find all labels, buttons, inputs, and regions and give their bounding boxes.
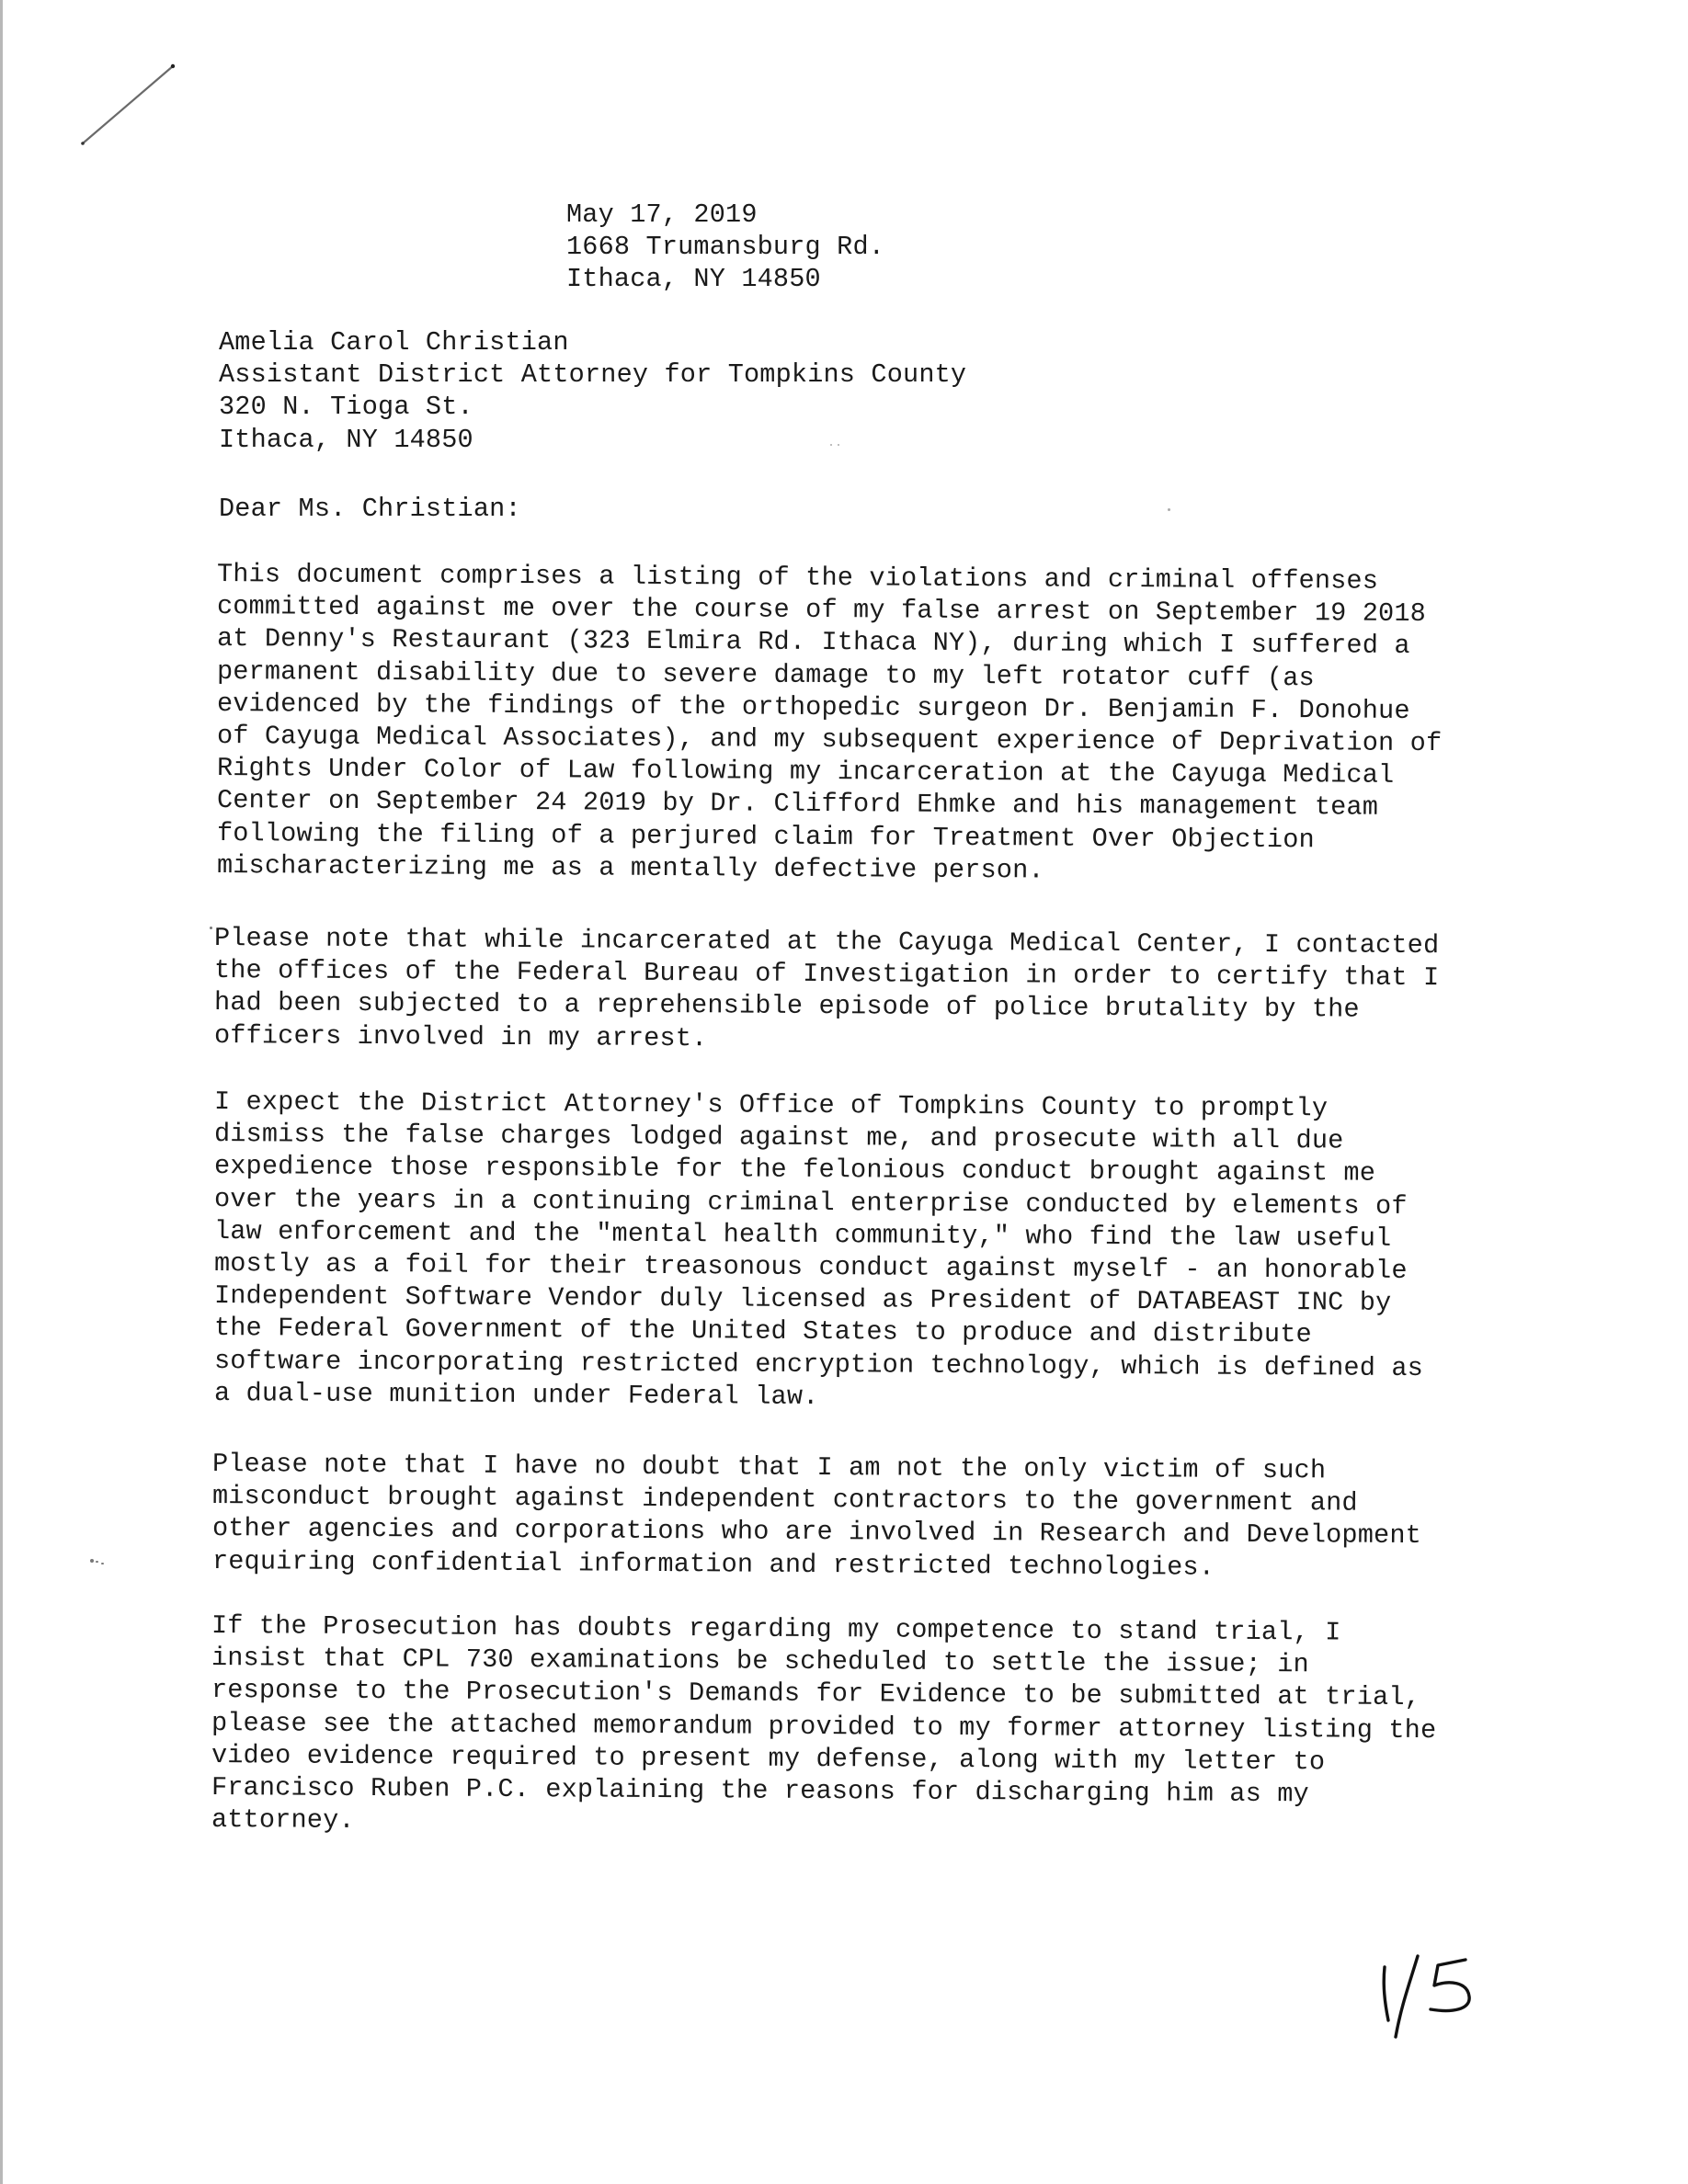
scan-speck — [1168, 508, 1170, 511]
sender-city: Ithaca, NY 14850 — [566, 263, 884, 295]
recipient-city: Ithaca, NY 14850 — [219, 424, 966, 456]
paragraph-line: attorney. — [211, 1803, 1437, 1843]
scan-edge — [0, 0, 3, 2184]
paragraph-line: mischaracterizing me as a mentally defec… — [217, 849, 1443, 889]
sender-street: 1668 Trumansburg Rd. — [566, 231, 884, 263]
scan-speck — [96, 1561, 98, 1563]
recipient-title: Assistant District Attorney for Tompkins… — [219, 358, 966, 391]
scan-speck — [90, 1559, 94, 1563]
recipient-address-block: Amelia Carol Christian Assistant Distric… — [219, 326, 966, 456]
paragraph-line: a dual-use munition under Federal law. — [214, 1377, 1423, 1416]
scan-speck — [838, 444, 839, 446]
paragraph-5: If the Prosecution has doubts regarding … — [211, 1610, 1436, 1836]
salutation-text: Dear Ms. Christian: — [219, 493, 521, 525]
sender-date: May 17, 2019 — [566, 199, 884, 231]
paragraph-line: requiring confidential information and r… — [212, 1545, 1421, 1585]
paragraph-1: This document comprises a listing of the… — [217, 558, 1442, 882]
paragraph-3: I expect the District Attorney's Office … — [214, 1086, 1423, 1409]
recipient-name: Amelia Carol Christian — [219, 326, 966, 358]
scan-speck — [210, 927, 212, 929]
scanned-letter-page: May 17, 2019 1668 Trumansburg Rd. Ithaca… — [0, 0, 1688, 2184]
recipient-street: 320 N. Tioga St. — [219, 391, 966, 423]
scan-speck — [830, 444, 832, 446]
handwritten-page-number: 1/5 — [1370, 1949, 1489, 2041]
scan-speck — [101, 1563, 104, 1564]
salutation: Dear Ms. Christian: — [219, 493, 521, 525]
paragraph-line: officers involved in my arrest. — [214, 1019, 1440, 1059]
paragraph-2: Please note that while incarcerated at t… — [214, 922, 1439, 1052]
pen-stroke-mark — [77, 59, 178, 151]
paragraph-4: Please note that I have no doubt that I … — [212, 1448, 1421, 1577]
sender-address-block: May 17, 2019 1668 Trumansburg Rd. Ithaca… — [566, 199, 884, 296]
